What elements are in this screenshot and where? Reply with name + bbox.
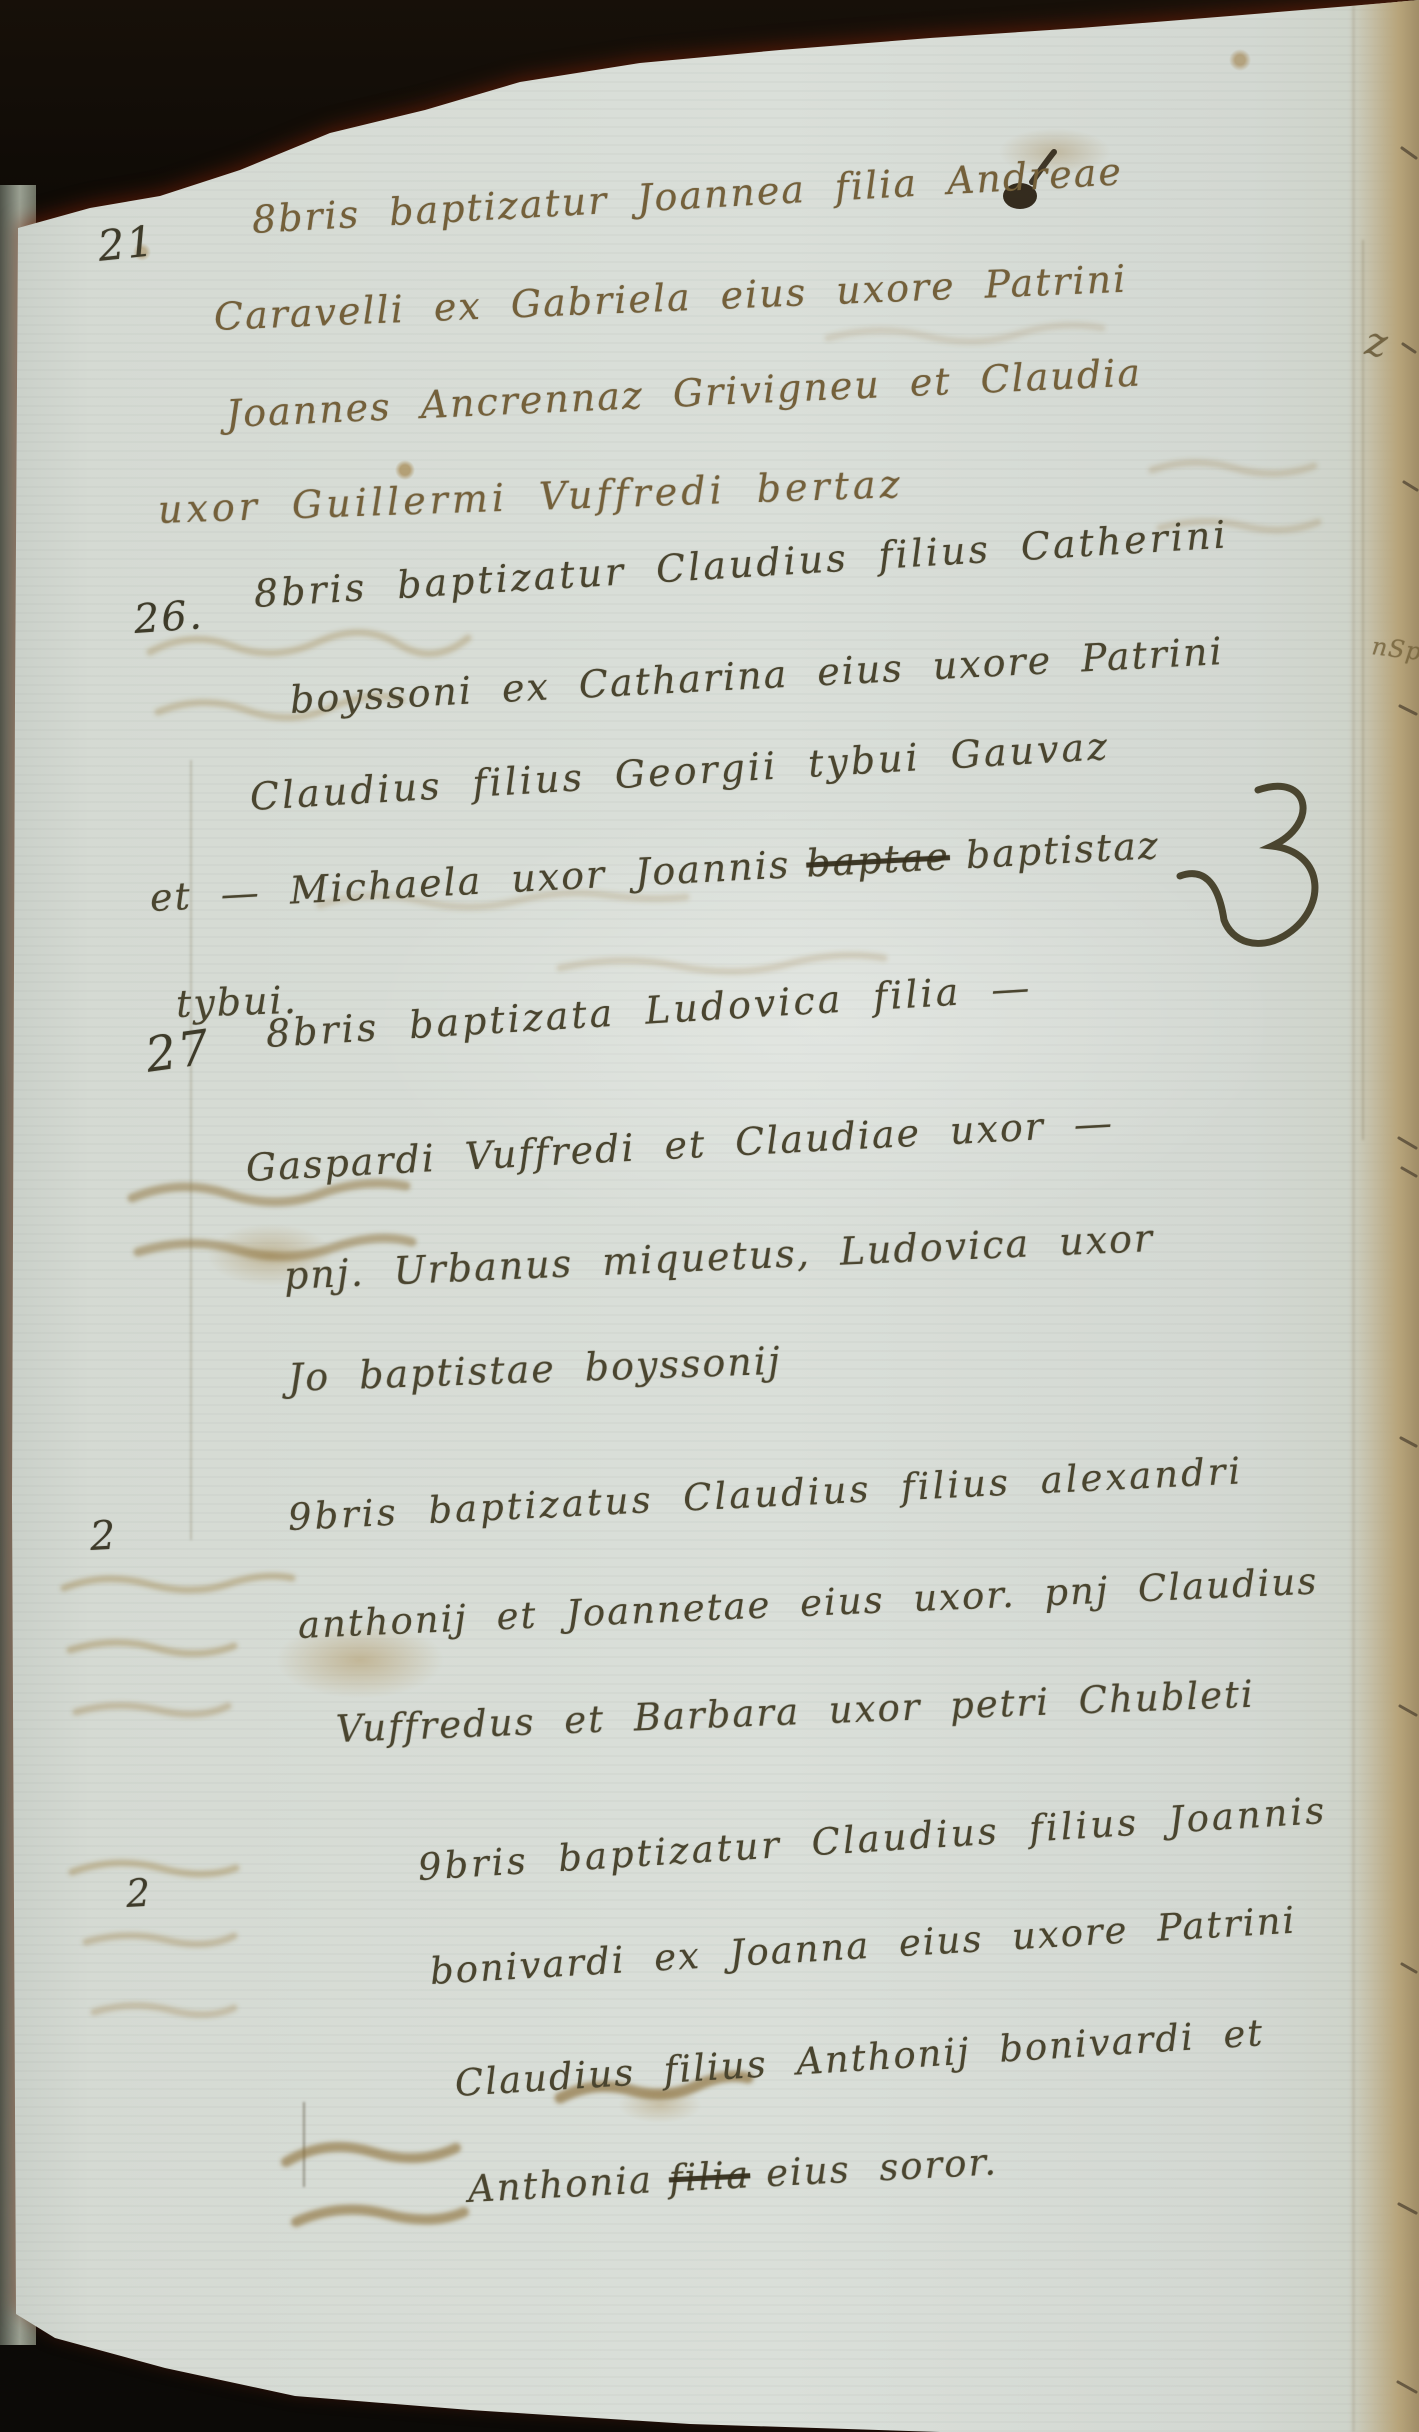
register-line: 8bris baptizatur Joannea filia Andreae — [251, 149, 1124, 242]
pen-flourish — [1180, 786, 1315, 943]
margin-entry-number: 27 — [142, 1019, 214, 1084]
margin-entry-number: 2 — [89, 1513, 119, 1560]
line-text: et — Michaela uxor Joannis — [149, 842, 792, 919]
register-line: uxor Guillermi Vuffredi bertaz — [157, 462, 904, 532]
page-wrap: 21 8bris baptizatur Joannea filia Andrea… — [0, 0, 1419, 2432]
register-line: et — Michaela uxor Joannisbaptaebaptista… — [149, 823, 1161, 920]
register-line: Joannes Ancrennaz Grivigneu et Claudia — [225, 350, 1143, 436]
paper-crease — [1362, 240, 1364, 1140]
margin-entry-number: 2 — [125, 1871, 153, 1916]
left-edge-stray-marks — [1, 198, 12, 1452]
margin-entry-number: 26. — [132, 592, 205, 643]
paper-fold-line — [1352, 0, 1355, 2432]
struck-word: baptae — [805, 834, 951, 885]
paper-crack — [303, 2102, 305, 2187]
manuscript-photo: 21 8bris baptizatur Joannea filia Andrea… — [0, 0, 1419, 2432]
register-line: 9bris baptizatur Claudius filius Joannis — [417, 1789, 1329, 1889]
register-line: pnj. Urbanus miquetus, Ludovica uxor — [283, 1216, 1155, 1298]
register-line: Anthoniafiliaeius soror. — [467, 2140, 999, 2211]
manuscript-page: 21 8bris baptizatur Joannea filia Andrea… — [0, 0, 1419, 2432]
register-line: 8bris baptizatur Claudius filius Catheri… — [253, 512, 1230, 616]
margin-entry-number: 21 — [95, 216, 157, 271]
register-line: anthonij et Joannetae eius uxor. pnj Cla… — [297, 1559, 1319, 1647]
register-line: Claudius filius Anthonij bonivardi et — [454, 2011, 1266, 2105]
register-line: 8bris baptizata Ludovica filia — — [265, 965, 1034, 1056]
correction-word: eius soror. — [765, 2140, 999, 2195]
register-line: 9bris baptizatus Claudius filius alexand… — [287, 1449, 1244, 1539]
register-line: Caravelli ex Gabriela eius uxore Patrini — [213, 257, 1128, 339]
register-line: bonivardi ex Joanna eius uxore Patrini — [429, 1899, 1298, 1993]
register-line: boyssoni ex Catharina eius uxore Patrini — [289, 629, 1225, 722]
struck-word: filia — [668, 2153, 751, 2200]
register-line: Jo baptistae boyssonij — [287, 1339, 782, 1400]
line-text: Anthonia — [467, 2158, 654, 2211]
register-line: Vuffredus et Barbara uxor petri Chubleti — [335, 1673, 1255, 1751]
register-line: Claudius filius Georgii tybui Gauvaz — [249, 724, 1112, 819]
correction-word: baptistaz — [965, 823, 1161, 877]
register-line: Gaspardi Vuffredi et Claudiae uxor — — [245, 1101, 1115, 1190]
